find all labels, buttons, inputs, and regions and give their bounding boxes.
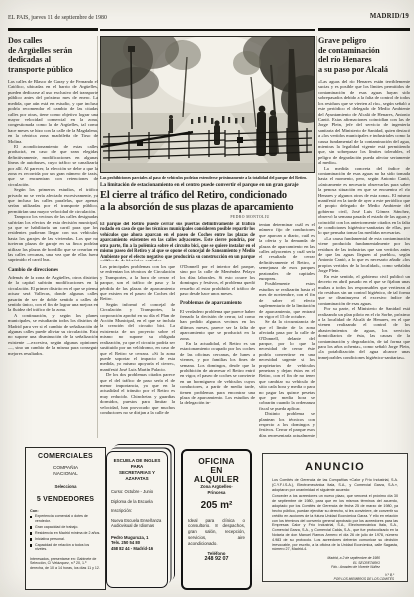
header-rule-left xyxy=(8,28,98,31)
article-henares-title: Grave peligro de contaminación del río H… xyxy=(318,36,410,74)
paragraph: Distinto problema se plantean los técnic… xyxy=(259,411,315,437)
paragraph: Tampoco los vecinos de las calles design… xyxy=(8,214,98,263)
ad-anuncio-body: Los Comités de Gerencia de las Compañías… xyxy=(272,478,398,552)
ad-escuela-title: ESCUELA DE INGLES PARA SECRETARIAS Y AZA… xyxy=(111,458,163,481)
article-arguelles-body: Las calles de Blasco de Garay y de Ferna… xyxy=(8,79,98,356)
paragraph: Según los primeros estudios, el tráfico … xyxy=(8,187,98,214)
article-henares: Grave peligro de contaminación del río H… xyxy=(318,36,410,438)
photo-caption: Las prohibiciones parciales al paso de v… xyxy=(100,175,315,180)
paragraph: Por su parte, el Ministerio de Sanidad e… xyxy=(318,306,410,360)
ad-comerciales-position: 5 VENDEDORES xyxy=(30,496,101,503)
paragraph: El verdadero problema que parece haber f… xyxy=(180,309,255,341)
article-arguelles: Dos calles de Argüelles serán dedicadas … xyxy=(8,36,98,438)
text-line: POR LOS MIEMBROS DE LOS COMITÉS xyxy=(272,577,394,581)
text-line: Curso: Octubre - Junio xyxy=(111,489,163,494)
paragraph: La medida concreta del índice de contami… xyxy=(318,166,410,236)
retiro-park-photo-art xyxy=(101,37,314,172)
ad-oficina-phone: 248 92 07 xyxy=(188,556,245,562)
ad-oficina-title: OFICINA EN ALQUILER xyxy=(188,457,245,483)
ad-comerciales-title: COMERCIALES xyxy=(30,453,101,460)
ad-escuela-lines: Curso: Octubre - JunioDiploma de la Escu… xyxy=(111,489,163,528)
bullet-item: Capacidad de relación a todos los nivele… xyxy=(30,543,101,552)
paragraph: O'Donnell por el interior del parque, si… xyxy=(180,264,255,296)
article-retiro-column-2: O'Donnell por el interior del parque, si… xyxy=(180,264,255,437)
ad-oficina: OFICINA EN ALQUILER Zona Argüelles- Prin… xyxy=(181,449,252,590)
ad-comerciales-requirements-label: Con: xyxy=(30,509,101,513)
subhead: Cambio de direcciones xyxy=(8,267,98,273)
article-retiro-intro: El parque del Retiro puede cerrar sus pu… xyxy=(100,222,255,261)
text-line: Nueva Escuela Enseñanza Audiovisual de I… xyxy=(111,518,163,529)
bullet-item: Experiencia comercial o dotes de vendedo… xyxy=(30,514,101,523)
paragraph: tentan determinar cuál es el número fijo… xyxy=(259,222,315,281)
bullet-item: Gran capacidad de trabajo. xyxy=(30,525,101,529)
ad-escuela-contact: Pedro Muguruza, 1Tels. 250 54 80458 82 4… xyxy=(111,535,163,552)
retiro-park-photo xyxy=(100,36,315,173)
newspaper-page: EL PAIS, jueves 11 de septiembre de 1980… xyxy=(0,0,414,597)
text-line: Fdo.: Amadeo de Vicente Núñez xyxy=(272,565,380,570)
header-rule-middle xyxy=(100,29,315,31)
text-line: 458 82 44 - Madrid-16 xyxy=(111,546,163,552)
bullet-item: Residencia en Madrid mínima de 2 años. xyxy=(30,531,101,535)
paragraph: Conceder a los acreedores un nuevo plazo… xyxy=(272,494,398,552)
paragraph: Las calles de Blasco de Garay y de Ferna… xyxy=(8,79,98,144)
ad-anuncio: ANUNCIO Los Comités de Gerencia de las C… xyxy=(262,453,408,582)
article-retiro-byline: PEDRO MONTOLIU xyxy=(195,215,305,219)
masthead-date: EL PAIS, jueves 11 de septiembre de 1980 xyxy=(8,15,107,21)
ad-comerciales-footer: Interesados, presentarse en: Gabinete de… xyxy=(30,557,101,570)
paragraph: Los principales problemas con los que se… xyxy=(100,264,175,302)
paragraph: De los dos problemas citados parece que … xyxy=(100,372,175,415)
ad-anuncio-approval: V.º B.ºPOR LOS MIEMBROS DE LOS COMITÉS xyxy=(272,573,398,581)
paragraph: Además de la zona de Argüelles, otros di… xyxy=(8,275,98,313)
article-retiro-column-1: Los principales problemas con los que se… xyxy=(100,264,175,437)
paragraph: Según informó el concejal de Circulación… xyxy=(100,302,175,372)
article-arguelles-title: Dos calles de Argüelles serán dedicadas … xyxy=(8,36,98,74)
article-henares-body: «Las aguas del río Henares están terribl… xyxy=(318,79,410,360)
subhead: Problemas de aparcamiento xyxy=(180,300,255,306)
paragraph: En la actualidad, el Retiro es un estaci… xyxy=(180,341,255,406)
article-retiro-subtitle: La limitación de estacionamiento en el c… xyxy=(100,182,315,188)
paragraph: «Las aguas del río Henares están terribl… xyxy=(318,79,410,166)
ad-comerciales: COMERCIALES COMPAÑIA NACIONAL Selecciona… xyxy=(25,447,106,590)
ad-oficina-zone: Zona Argüelles- Princesa xyxy=(188,484,245,494)
column-divider xyxy=(316,36,317,438)
bullet-item: Iniciativa personal. xyxy=(30,537,101,541)
article-retiro-title: El cierre al tráfico del Retiro, condici… xyxy=(100,190,315,213)
ad-comerciales-company: COMPAÑIA NACIONAL xyxy=(30,466,101,478)
text-line: Diploma de la Escuela xyxy=(111,499,163,504)
paragraph: Se da la circunstancia de que el límite … xyxy=(259,319,315,411)
header-rule-right xyxy=(318,28,410,31)
paragraph: A continuación, y según los planes munic… xyxy=(8,313,98,356)
paragraph: «La causa fundamental de esta contaminac… xyxy=(318,236,410,274)
paragraph: Los Comités de Gerencia de las Compañías… xyxy=(272,478,398,492)
ad-anuncio-title: ANUNCIO xyxy=(272,461,398,473)
article-retiro: Las prohibiciones parciales al paso de v… xyxy=(100,36,315,437)
ad-escuela: ESCUELA DE INGLES PARA SECRETARIAS Y AZA… xyxy=(106,451,168,588)
text-line: Inscripción: xyxy=(111,508,163,513)
masthead-section: MADRID/19 xyxy=(370,13,409,20)
ad-oficina-description: Ideal para clínica o consultorio. 8 desp… xyxy=(188,518,245,547)
article-retiro-column-3: tentan determinar cuál es el número fijo… xyxy=(259,222,315,437)
paragraph: Posiblemente estos estudios se realizará… xyxy=(259,281,315,319)
ad-comerciales-select-label: Selecciona xyxy=(30,484,101,489)
paragraph: El acondicionamiento de estas calles pro… xyxy=(8,144,98,187)
ad-oficina-size: 205 m² xyxy=(188,500,245,511)
paragraph: En este sentido, el gobierno civil publi… xyxy=(318,274,410,306)
ad-comerciales-requirements: Experiencia comercial o dotes de vendedo… xyxy=(30,514,101,551)
ad-anuncio-signature: Madrid, a 2 de septiembre de 1980EL SECR… xyxy=(272,556,398,570)
